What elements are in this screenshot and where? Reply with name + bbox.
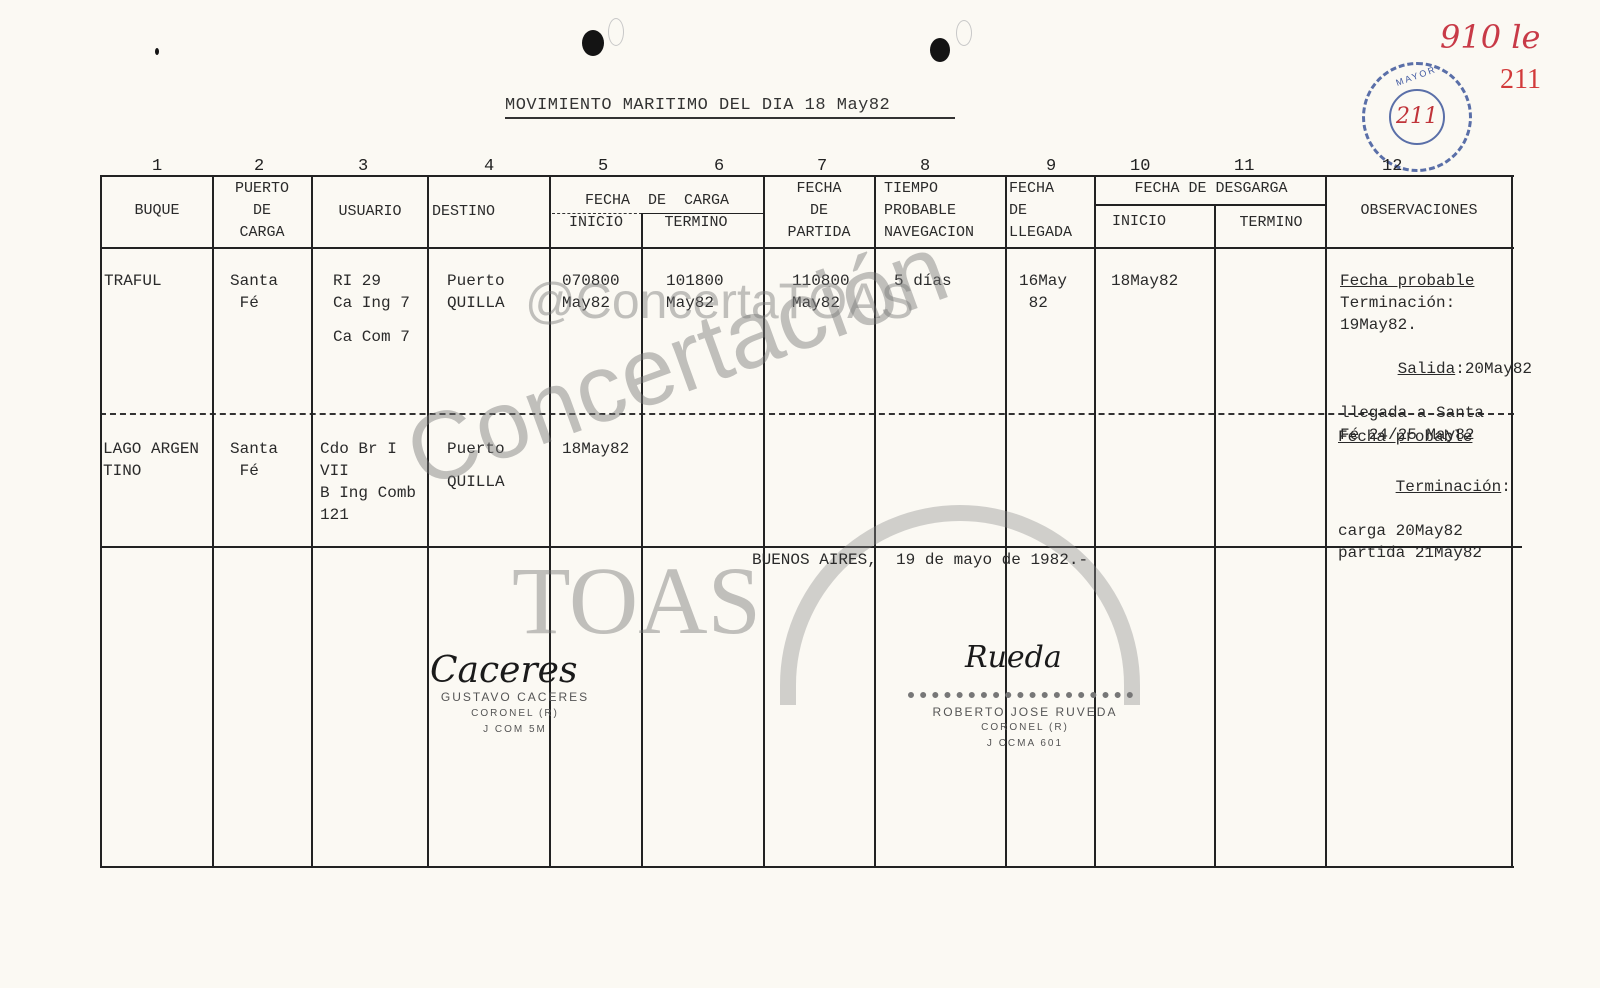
cell-observaciones: Fecha probable Terminación: 19May82. Sal… bbox=[1340, 270, 1532, 446]
punch-ring-right bbox=[956, 20, 972, 46]
header-fecha-de-descarga: FECHA DE DESGARGA bbox=[1096, 178, 1326, 200]
header-carga-termino: TERMINO bbox=[643, 212, 749, 234]
obs-line: partida 21May82 bbox=[1338, 542, 1511, 564]
cell-buque: LAGO ARGEN TINO bbox=[103, 438, 199, 482]
column-divider bbox=[311, 175, 313, 868]
cell-usuario-extra: Ca Com 7 bbox=[333, 326, 410, 348]
obs-value: : bbox=[1501, 478, 1511, 496]
cell-puerto-de-carga: Santa Fé bbox=[230, 270, 278, 314]
signatory-rank: CORONEL (R) bbox=[440, 708, 590, 719]
signature-dotted-line bbox=[908, 692, 1133, 698]
cell-fecha-llegada: 16May 82 bbox=[1019, 270, 1067, 314]
ink-speck bbox=[155, 48, 159, 55]
cell-destino-extra: QUILLA bbox=[447, 471, 505, 493]
signatory-name: GUSTAVO CACERES bbox=[440, 690, 590, 704]
obs-line: 19May82. bbox=[1340, 314, 1532, 336]
page-title: MOVIMIENTO MARITIMO DEL DIA 18 May82 bbox=[505, 96, 955, 119]
obs-label: Terminación bbox=[1396, 478, 1502, 496]
column-divider bbox=[427, 175, 429, 868]
column-number: 3 bbox=[358, 157, 368, 176]
column-divider bbox=[763, 175, 765, 868]
column-number: 5 bbox=[598, 157, 608, 176]
cell-puerto-de-carga: Santa Fé bbox=[230, 438, 278, 482]
column-divider bbox=[1214, 204, 1216, 868]
column-number: 1 bbox=[152, 157, 162, 176]
data-bottom-border bbox=[100, 546, 1522, 548]
header-puerto-de-carga: PUERTO DE CARGA bbox=[213, 178, 311, 244]
signatory-rank: CORONEL (R) bbox=[930, 722, 1120, 733]
header-descarga-termino: TERMINO bbox=[1216, 212, 1326, 234]
column-number: 12 bbox=[1382, 157, 1402, 176]
column-divider bbox=[549, 175, 551, 868]
cell-fecha-partida: 110800 May82 bbox=[792, 270, 850, 314]
obs-value: :20May82 bbox=[1455, 360, 1532, 378]
obs-line: Fecha probable bbox=[1338, 426, 1511, 448]
punch-hole-right bbox=[930, 38, 950, 62]
column-number: 8 bbox=[920, 157, 930, 176]
column-number: 2 bbox=[254, 157, 264, 176]
column-number: 7 bbox=[817, 157, 827, 176]
signature-scribble: Caceres bbox=[430, 650, 577, 691]
header-fecha-de-carga: FECHA DE CARGA bbox=[551, 190, 763, 212]
subheader-line-descarga bbox=[1095, 204, 1326, 206]
obs-line: Fecha probable bbox=[1340, 270, 1532, 292]
header-buque: BUQUE bbox=[102, 200, 212, 222]
header-fecha-de-llegada: FECHA DE LLEGADA bbox=[1009, 178, 1095, 244]
stamp-ring-text: MAYOR bbox=[1395, 64, 1438, 88]
signatory-unit: J COM 5M bbox=[440, 724, 590, 735]
obs-line: carga 20May82 bbox=[1338, 520, 1511, 542]
header-carga-inicio: INICIO bbox=[551, 212, 641, 234]
table-left-border bbox=[100, 175, 102, 868]
column-number: 9 bbox=[1046, 157, 1056, 176]
place-date: BUENOS AIRES, 19 de mayo de 1982.- bbox=[752, 549, 1088, 571]
column-number: 11 bbox=[1234, 157, 1254, 176]
watermark-helmet-logo bbox=[780, 505, 1140, 705]
punch-ring-left bbox=[608, 18, 624, 46]
header-fecha-de-partida: FECHA DE PARTIDA bbox=[765, 178, 873, 244]
column-number: 10 bbox=[1130, 157, 1150, 176]
cell-carga-inicio: 070800 May82 bbox=[562, 270, 620, 314]
punch-hole-left bbox=[582, 30, 604, 56]
header-tiempo-probable-navegacion: TIEMPO PROBABLE NAVEGACION bbox=[884, 178, 1006, 244]
column-divider bbox=[641, 213, 643, 868]
cell-tiempo-navegacion: 5 días bbox=[894, 270, 952, 292]
obs-line: llegada a Santa bbox=[1340, 402, 1532, 424]
column-number: 6 bbox=[714, 157, 724, 176]
column-divider bbox=[874, 175, 876, 868]
header-observaciones: OBSERVACIONES bbox=[1327, 200, 1511, 222]
column-divider bbox=[1094, 175, 1096, 868]
cell-usuario: Cdo Br I VII B Ing Comb 121 bbox=[320, 438, 416, 526]
cell-descarga-inicio: 18May82 bbox=[1111, 270, 1178, 292]
stamp-number: 211 bbox=[1389, 89, 1445, 145]
obs-label: Salida bbox=[1398, 360, 1456, 378]
watermark-concertacion: Concertación bbox=[392, 213, 961, 510]
page-number: 211 bbox=[1500, 64, 1541, 96]
handwritten-folio-note: 910 le bbox=[1440, 18, 1540, 56]
header-destino: DESTINO bbox=[432, 201, 522, 223]
archive-stamp: MAYOR 211 bbox=[1362, 62, 1472, 172]
cell-observaciones: Fecha probable Terminación: carga 20May8… bbox=[1338, 426, 1511, 564]
obs-line: Terminación: bbox=[1340, 292, 1532, 314]
cell-buque: TRAFUL bbox=[104, 270, 162, 292]
signatory-name: ROBERTO JOSE RUVEDA bbox=[930, 705, 1120, 719]
cell-destino: Puerto bbox=[447, 438, 505, 460]
cell-carga-termino: 101800 May82 bbox=[666, 270, 724, 314]
cell-destino: Puerto QUILLA bbox=[447, 270, 505, 314]
cell-carga-inicio: 18May82 bbox=[562, 438, 629, 460]
header-descarga-inicio: INICIO bbox=[1096, 211, 1182, 233]
cell-usuario: RI 29 Ca Ing 7 bbox=[333, 270, 410, 314]
signatory-unit: J CCMA 601 bbox=[930, 738, 1120, 749]
column-divider bbox=[212, 175, 214, 868]
column-number: 4 bbox=[484, 157, 494, 176]
header-usuario: USUARIO bbox=[313, 201, 427, 223]
signature-scribble: Rueda bbox=[965, 640, 1062, 675]
column-divider bbox=[1325, 175, 1327, 868]
